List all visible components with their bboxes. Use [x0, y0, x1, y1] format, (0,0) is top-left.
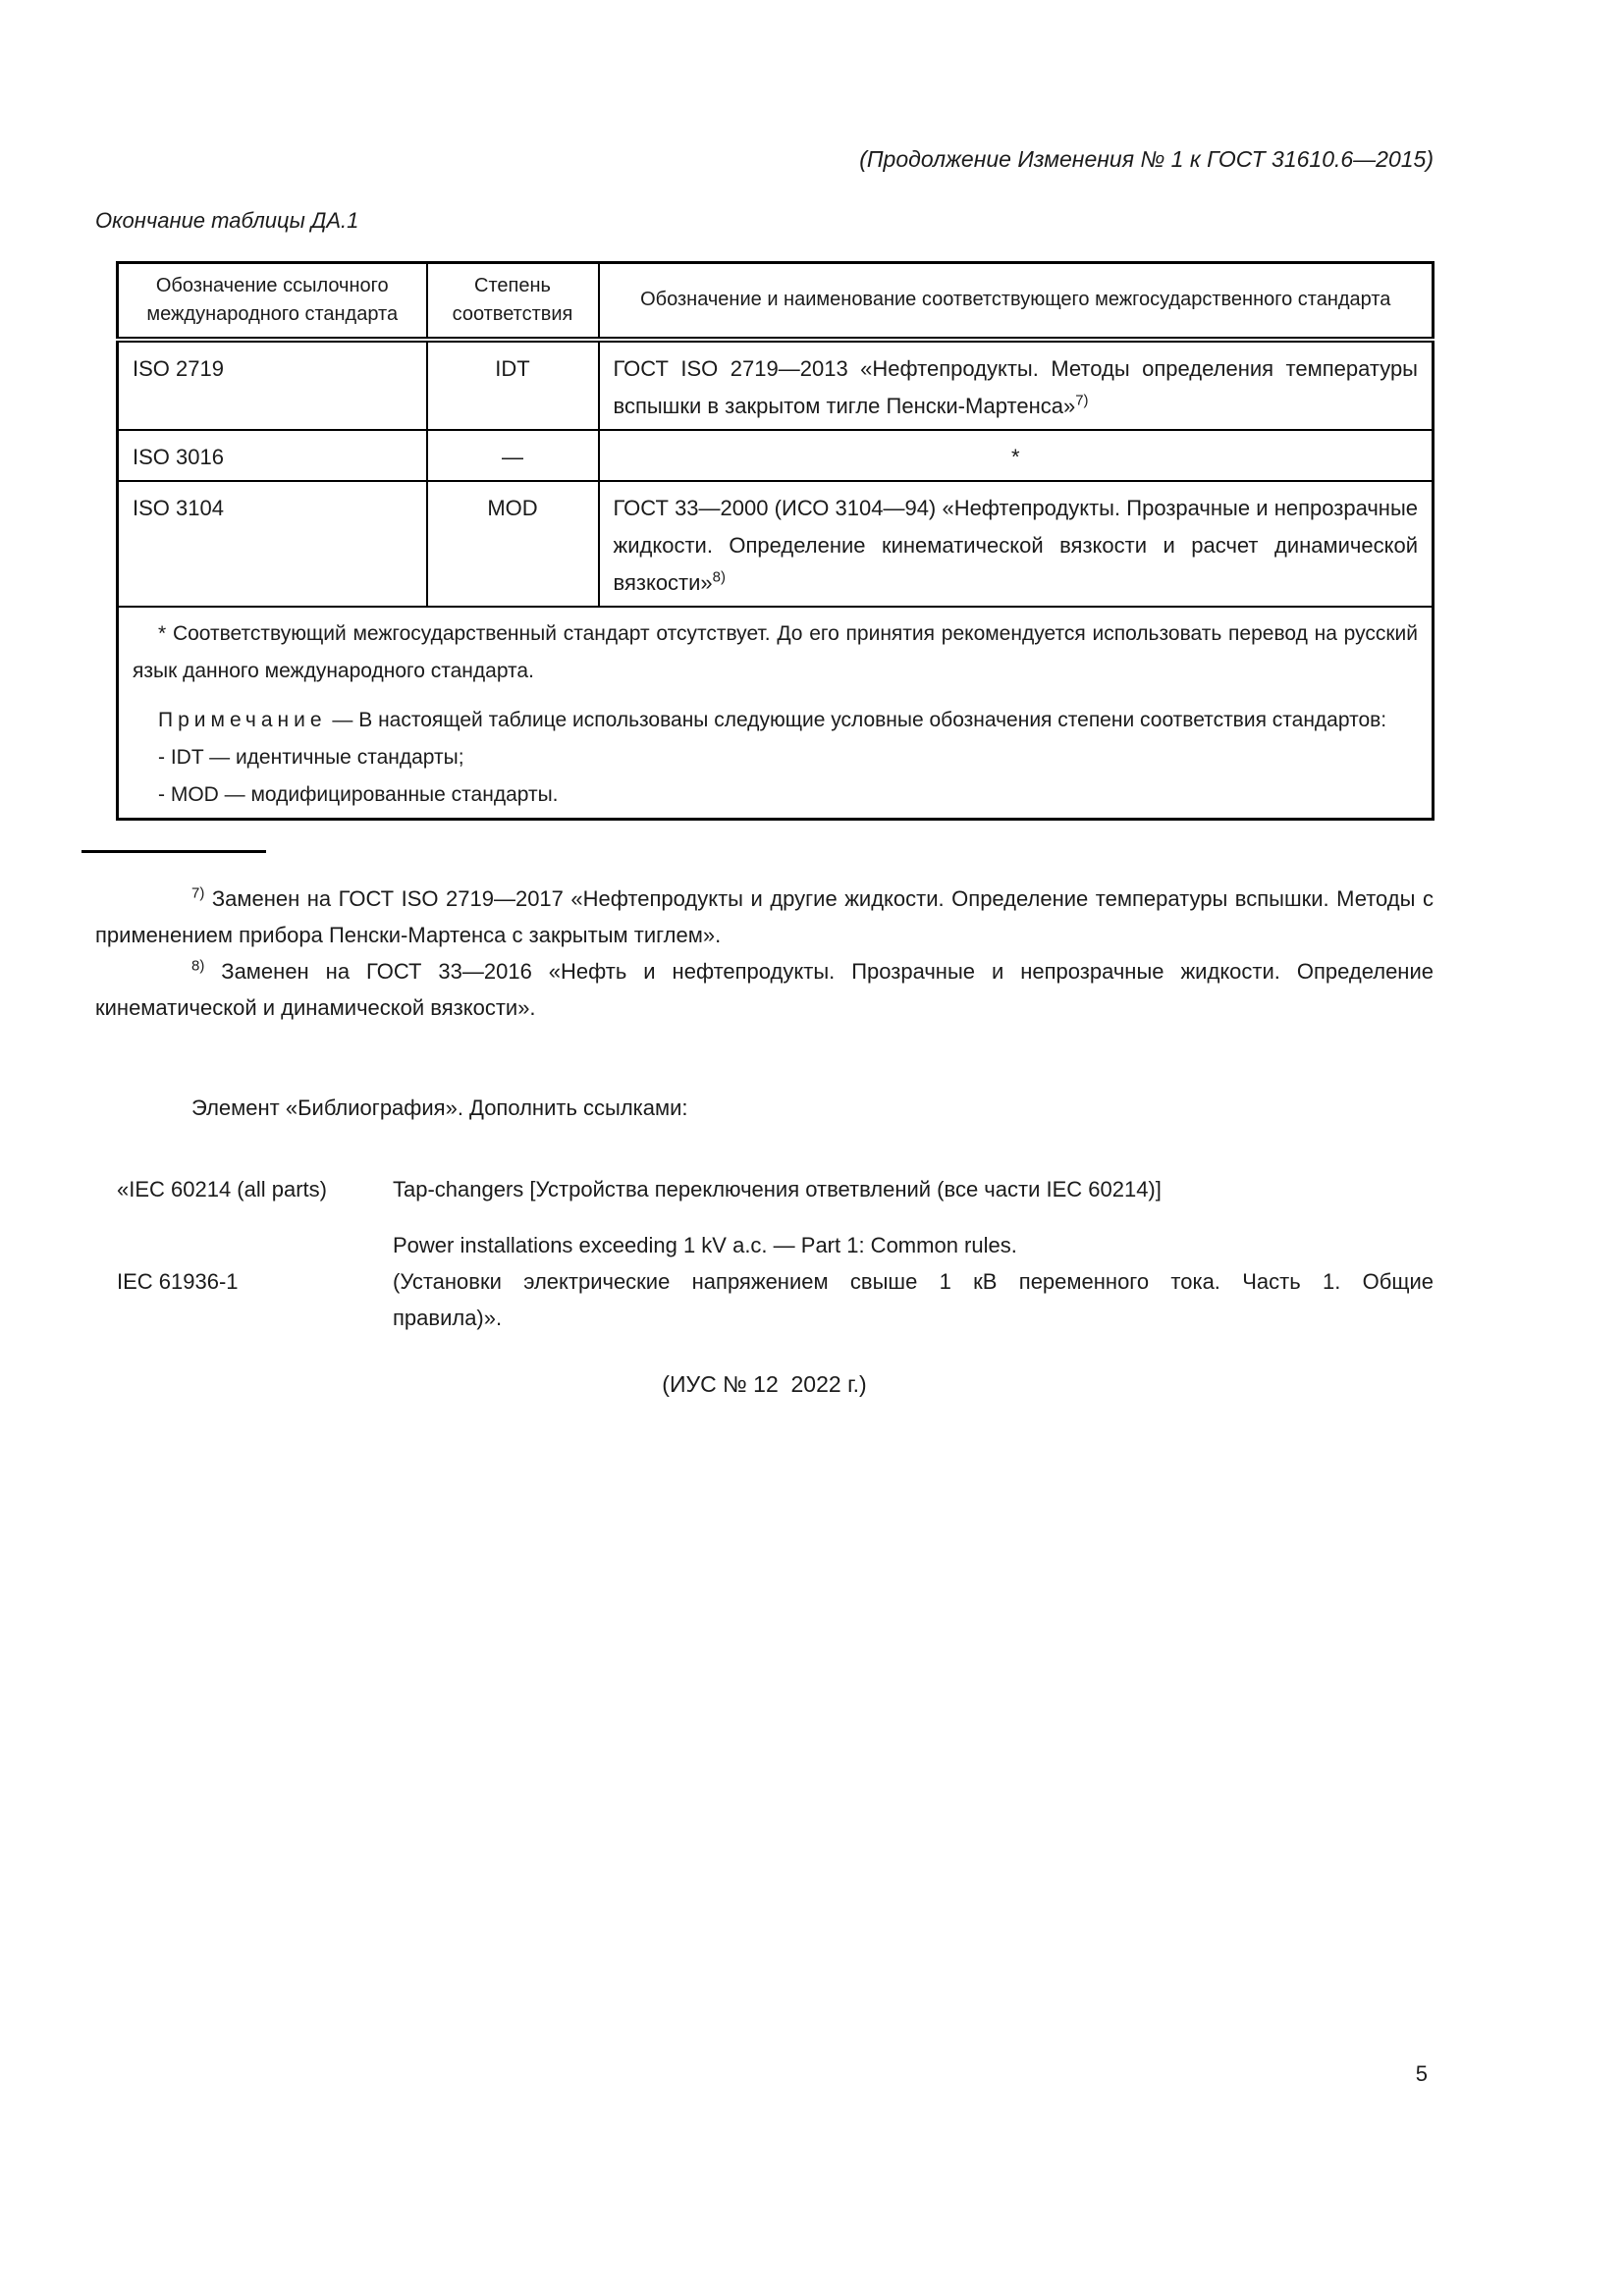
- bibliography-entry-line: правила)».: [393, 1300, 1434, 1336]
- interstate-standard-text: ГОСТ 33—2000 (ИСО 3104—94) «Нефтепродукт…: [614, 496, 1419, 595]
- bibliography-entry-text: Power installations exceeding 1 kV a.c. …: [393, 1227, 1434, 1336]
- running-header: (Продолжение Изменения № 1 к ГОСТ 31610.…: [95, 145, 1434, 173]
- footnote-separator-rule: [81, 850, 266, 853]
- table-note-item-idt: - IDT — идентичные стандарты;: [133, 739, 1418, 776]
- table-note: Примечание — В настоящей таблице использ…: [133, 702, 1418, 739]
- page-number: 5: [1416, 2061, 1428, 2087]
- footnote-7: 7) Заменен на ГОСТ ISO 2719—2017 «Нефтеп…: [95, 881, 1434, 953]
- bibliography-entry-label: «IEC 60214 (all parts): [95, 1171, 393, 1207]
- bibliography-entry-text: Tap-changers [Устройства переключения от…: [393, 1171, 1434, 1207]
- table-note-text: — В настоящей таблице использованы следу…: [327, 709, 1387, 731]
- bibliography-entry-iec60214: «IEC 60214 (all parts) Tap-changers [Уст…: [95, 1171, 1434, 1207]
- table-row: ISO 3104 MOD ГОСТ 33—2000 (ИСО 3104—94) …: [118, 481, 1434, 607]
- table-caption: Окончание таблицы ДА.1: [95, 208, 1434, 234]
- interstate-standard-cell: ГОСТ 33—2000 (ИСО 3104—94) «Нефтепродукт…: [599, 481, 1434, 607]
- table-note-item-mod: - MOD — модифицированные стандарты.: [133, 776, 1418, 814]
- bibliography-entry-line: Tap-changers [Устройства переключения от…: [393, 1171, 1434, 1207]
- footnote-mark: 8): [191, 957, 204, 974]
- interstate-standard-cell: ГОСТ ISO 2719—2013 «Нефтепродукты. Метод…: [599, 340, 1434, 430]
- table-row: ISO 2719 IDT ГОСТ ISO 2719—2013 «Нефтепр…: [118, 340, 1434, 430]
- table-header-row: Обозначение ссылочного международного ст…: [118, 263, 1434, 340]
- bibliography-intro: Элемент «Библиография». Дополнить ссылка…: [95, 1095, 1434, 1122]
- degree-cell: MOD: [427, 481, 599, 607]
- document-page: (Продолжение Изменения № 1 к ГОСТ 31610.…: [0, 0, 1624, 2296]
- bibliography-entry-label: IEC 61936-1: [95, 1227, 393, 1336]
- bibliography-entry-line: (Установки электрические напряжением свы…: [393, 1263, 1434, 1300]
- reference-standard-cell: ISO 2719: [118, 340, 427, 430]
- col-header-reference-standard: Обозначение ссылочного международного ст…: [118, 263, 427, 340]
- table-star-note: * Соответствующий межгосударственный ста…: [133, 615, 1418, 690]
- footnote-mark: 7): [1075, 392, 1088, 408]
- interstate-standard-text: ГОСТ ISO 2719—2013 «Нефтепродукты. Метод…: [614, 356, 1419, 418]
- table-note-label: Примечание: [158, 709, 327, 731]
- bibliography-entry-iec61936: IEC 61936-1 Power installations exceedin…: [95, 1227, 1434, 1336]
- bibliography-list: «IEC 60214 (all parts) Tap-changers [Уст…: [95, 1171, 1434, 1336]
- footnote-text: Заменен на ГОСТ 33—2016 «Нефть и нефтепр…: [95, 959, 1434, 1020]
- col-header-degree: Степень соответствия: [427, 263, 599, 340]
- degree-cell: —: [427, 430, 599, 481]
- footnote-mark: 7): [191, 884, 204, 901]
- degree-cell: IDT: [427, 340, 599, 430]
- table-note-row: * Соответствующий межгосударственный ста…: [118, 607, 1434, 820]
- footnote-8: 8) Заменен на ГОСТ 33—2016 «Нефть и нефт…: [95, 953, 1434, 1026]
- standards-correspondence-table: Обозначение ссылочного международного ст…: [116, 261, 1435, 821]
- footnote-text: Заменен на ГОСТ ISO 2719—2017 «Нефтепрод…: [95, 886, 1434, 947]
- col-header-interstate-standard: Обозначение и наименование соответствующ…: [599, 263, 1434, 340]
- table-note-cell: * Соответствующий межгосударственный ста…: [118, 607, 1434, 820]
- bibliography-entry-line: Power installations exceeding 1 kV a.c. …: [393, 1227, 1434, 1263]
- interstate-standard-cell: *: [599, 430, 1434, 481]
- ius-issue-note: (ИУС № 12 2022 г.): [95, 1371, 1434, 1398]
- footnote-mark: 8): [713, 568, 726, 585]
- reference-standard-cell: ISO 3016: [118, 430, 427, 481]
- reference-standard-cell: ISO 3104: [118, 481, 427, 607]
- table-row: ISO 3016 — *: [118, 430, 1434, 481]
